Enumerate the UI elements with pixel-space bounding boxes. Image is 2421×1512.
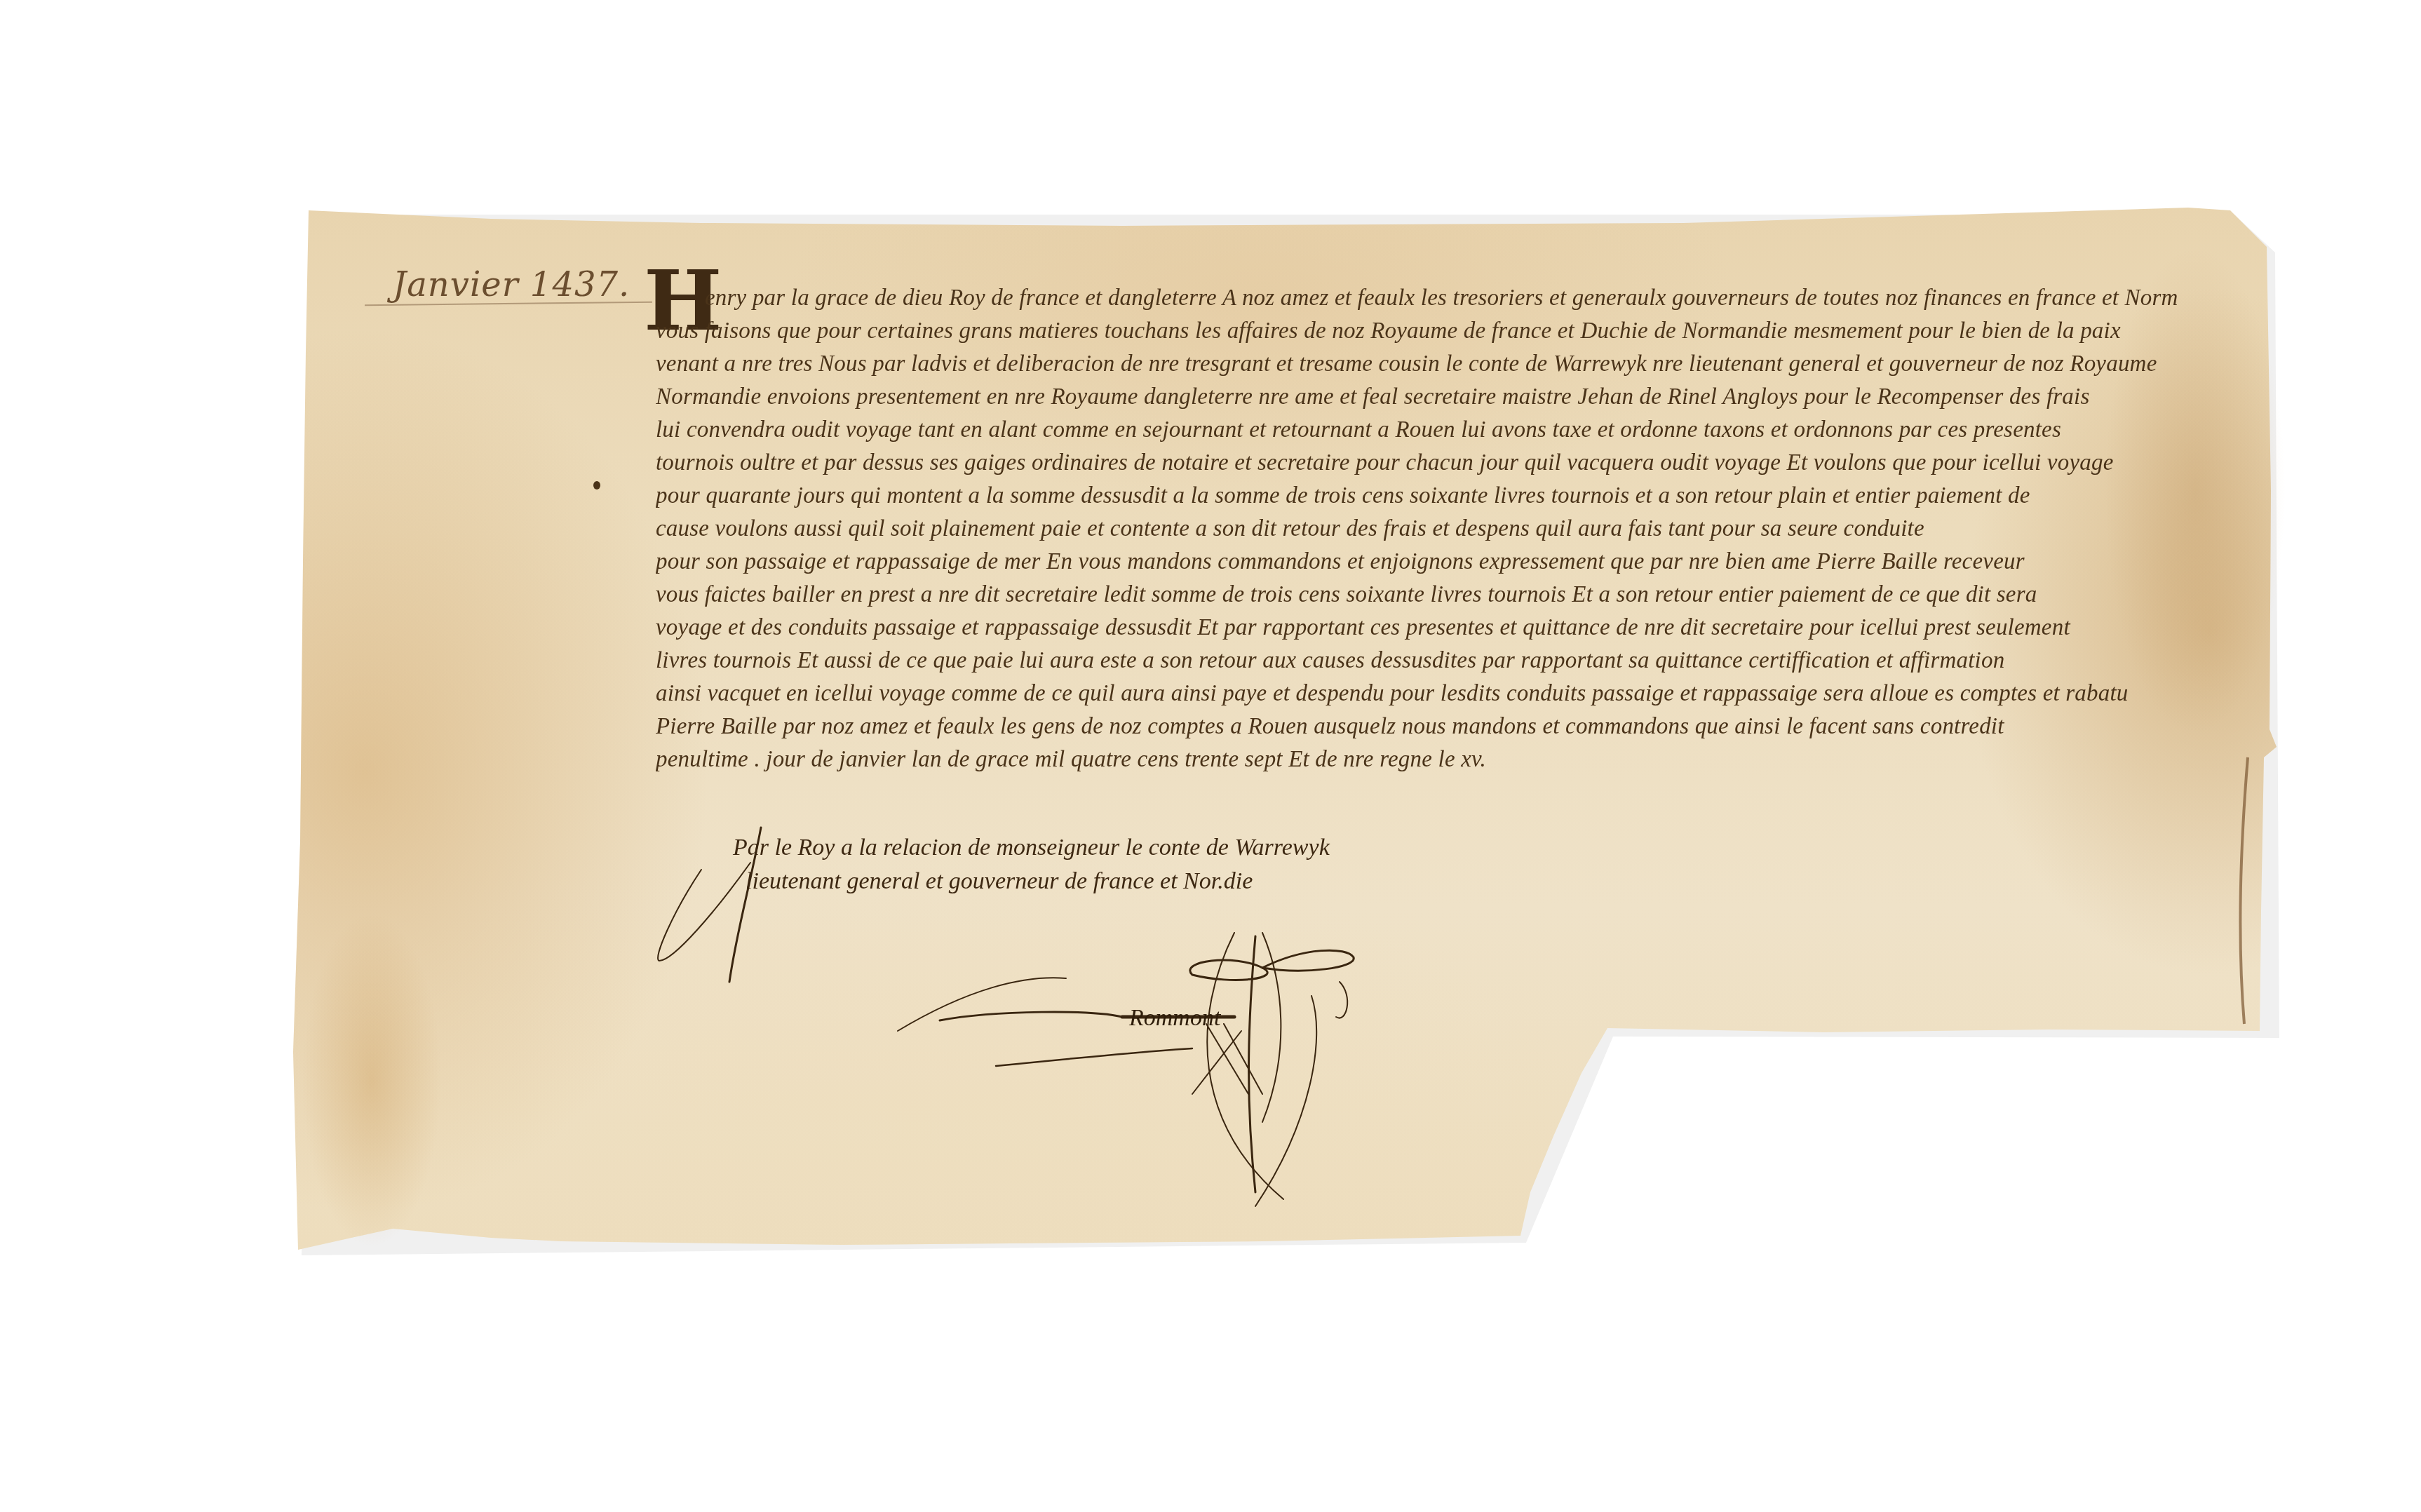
sign-off-line-1: Par le Roy a la relacion de monseigneur …	[733, 831, 1434, 865]
text-line: tournois oultre et par dessus ses gaiges…	[656, 447, 2262, 480]
text-line: voyage et des conduits passaige et rappa…	[656, 612, 2262, 644]
text-line: lui convendra oudit voyage tant en alant…	[656, 414, 2262, 447]
letter-body: enry par la grace de dieu Roy de france …	[656, 282, 2262, 776]
text-line: vous faisons que pour certaines grans ma…	[656, 315, 2262, 348]
text-line: enry par la grace de dieu Roy de france …	[656, 282, 2262, 315]
archival-date-note: Janvier 1437.	[393, 265, 630, 304]
text-line: penultime . jour de janvier lan de grace…	[656, 743, 1659, 776]
text-line: livres tournois Et aussi de ce que paie …	[656, 644, 2262, 677]
text-line: cause voulons aussi quil soit plainement…	[656, 513, 2262, 546]
text-line: Normandie envoions presentement en nre R…	[656, 381, 2262, 414]
text-line: vous faictes bailler en prest a nre dit …	[656, 579, 2262, 612]
text-line: pour quarante jours qui montent a la som…	[656, 480, 2262, 513]
text-line: venant a nre tres Nous par ladvis et del…	[656, 348, 2262, 381]
text-line: ainsi vacquet en icellui voyage comme de…	[656, 677, 2262, 710]
margin-mark	[593, 481, 600, 490]
sign-off-line-2: lieutenant general et gouverneur de fran…	[733, 865, 1434, 898]
signature-block: Par le Roy a la relacion de monseigneur …	[733, 831, 1434, 898]
text-line: Pierre Baille par noz amez et feaulx les…	[656, 710, 2262, 743]
text-line: pour son passaige et rappassaige de mer …	[656, 546, 2262, 579]
